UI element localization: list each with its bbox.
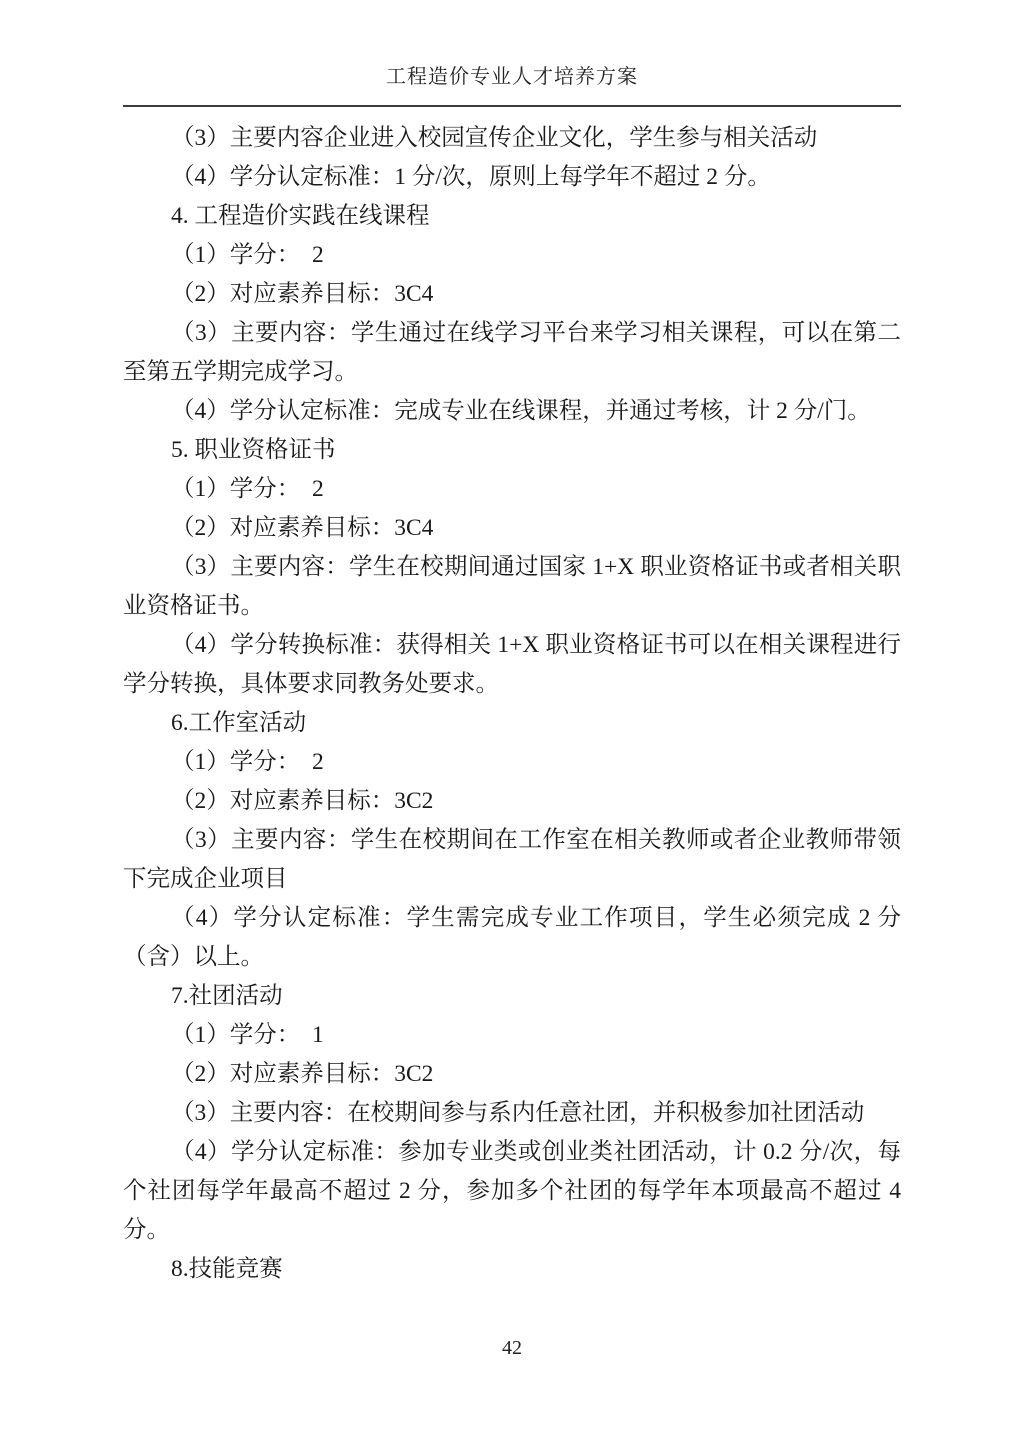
document-body: （3）主要内容企业进入校园宣传企业文化，学生参与相关活动 （4）学分认定标准：1… [123, 119, 901, 1289]
document-page: 工程造价专业人才培养方案 （3）主要内容企业进入校园宣传企业文化，学生参与相关活… [0, 0, 1024, 1448]
section-heading-6-studio: 6.工作室活动 [123, 704, 901, 743]
paragraph-item-3-campus-culture: （3）主要内容企业进入校园宣传企业文化，学生参与相关活动 [123, 119, 901, 158]
paragraph-item-4-credit-standard: （4）学分认定标准：1 分/次，原则上每学年不超过 2 分。 [123, 158, 901, 197]
page-number: 42 [0, 1337, 1024, 1360]
header-rule [123, 105, 901, 107]
page-header: 工程造价专业人才培养方案 [123, 0, 901, 107]
paragraph-target: （2）对应素养目标：3C2 [123, 782, 901, 821]
page-footer: 42 [0, 1337, 1024, 1360]
paragraph-main-content: （3）主要内容：在校期间参与系内任意社团，并积极参加社团活动 [123, 1094, 901, 1133]
paragraph-main-content: （3）主要内容：学生通过在线学习平台来学习相关课程，可以在第二至第五学期完成学习… [123, 314, 901, 392]
paragraph-credits: （1）学分： 2 [123, 743, 901, 782]
section-heading-5-certificates: 5. 职业资格证书 [123, 431, 901, 470]
paragraph-target: （2）对应素养目标：3C4 [123, 509, 901, 548]
paragraph-credit-standard: （4）学分认定标准：学生需完成专业工作项目，学生必须完成 2 分（含）以上。 [123, 899, 901, 977]
paragraph-credits: （1）学分： 1 [123, 1016, 901, 1055]
paragraph-target: （2）对应素养目标：3C4 [123, 275, 901, 314]
paragraph-target: （2）对应素养目标：3C2 [123, 1055, 901, 1094]
paragraph-credits: （1）学分： 2 [123, 470, 901, 509]
paragraph-main-content: （3）主要内容：学生在校期间通过国家 1+X 职业资格证书或者相关职业资格证书。 [123, 548, 901, 626]
paragraph-credits: （1）学分： 2 [123, 236, 901, 275]
paragraph-credit-conversion: （4）学分转换标准：获得相关 1+X 职业资格证书可以在相关课程进行学分转换，具… [123, 626, 901, 704]
paragraph-main-content: （3）主要内容：学生在校期间在工作室在相关教师或者企业教师带领下完成企业项目 [123, 821, 901, 899]
paragraph-credit-standard: （4）学分认定标准：完成专业在线课程，并通过考核，计 2 分/门。 [123, 392, 901, 431]
header-title: 工程造价专业人才培养方案 [123, 0, 901, 90]
section-heading-7-clubs: 7.社团活动 [123, 977, 901, 1016]
paragraph-credit-standard: （4）学分认定标准：参加专业类或创业类社团活动，计 0.2 分/次，每个社团每学… [123, 1133, 901, 1250]
section-heading-8-skill-competition: 8.技能竞赛 [123, 1250, 901, 1289]
section-heading-4-online-course: 4. 工程造价实践在线课程 [123, 197, 901, 236]
